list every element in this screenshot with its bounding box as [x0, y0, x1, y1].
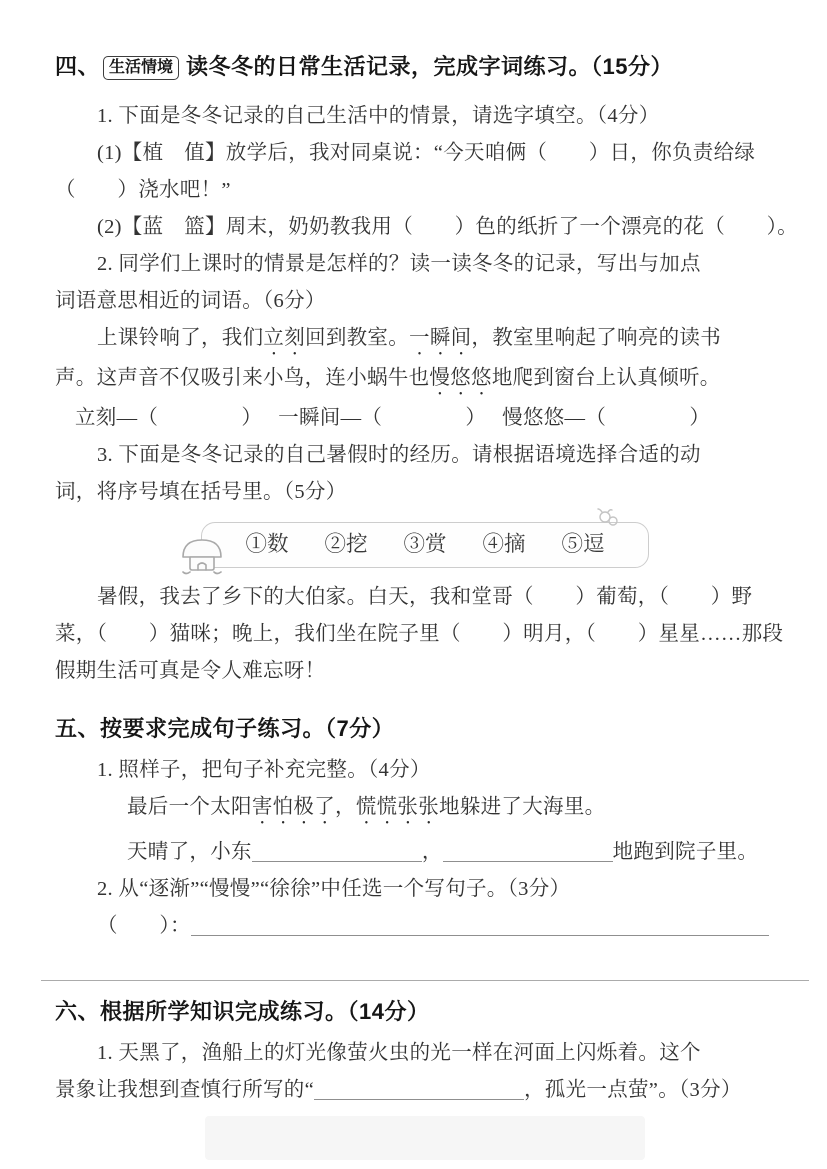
context-badge: 生活情境 [103, 56, 179, 80]
bug-doodle-icon [595, 507, 622, 530]
emphasized-word: 一瞬间 [409, 327, 471, 349]
word-bank-item: ④摘 [483, 529, 526, 560]
word-bank-item: ⑤逗 [562, 529, 605, 560]
section6-heading: 六、根据所学知识完成练习。（14分） [55, 995, 795, 1029]
q3-line1: 3. 下面是冬冬记录的自己暑假时的经历。请根据语境选择合适的动 [55, 437, 795, 474]
section4-title: 读冬冬的日常生活记录，完成字词练习。（15分） [186, 54, 673, 79]
s6-q1-line1: 1. 天黑了，渔船上的灯光像萤火虫的光一样在河面上闪烁着。这个 [55, 1035, 795, 1072]
q1-item1-line1: (1)【植 值】放学后，我对同桌说：“今天咱俩（ ）日，你负责给绿 [55, 135, 795, 172]
s5-example-sentence: 最后一个太阳害怕极了，慌慌张张地躲进了大海里。 [55, 789, 795, 829]
worksheet-page: 四、生活情境读冬冬的日常生活记录，完成字词练习。（15分） 1. 下面是冬冬记录… [0, 0, 827, 1169]
mushroom-icon [178, 534, 226, 576]
passage-text: 上课铃响了，我们 [97, 327, 263, 349]
q1-item1-line2: （ ）浇水吧！” [55, 172, 795, 209]
section5-heading: 五、按要求完成句子练习。（7分） [55, 712, 795, 746]
q2-passage-line2: 声。这声音不仅吸引来小鸟，连小蜗牛也慢悠悠地爬到窗台上认真倾听。 [55, 360, 795, 400]
passage-text: 回到教室。 [305, 327, 409, 349]
word-bank-box: ①数 ②挖 ③赏 ④摘 ⑤逗 [201, 522, 649, 568]
section4-heading: 四、生活情境读冬冬的日常生活记录，完成字词练习。（15分） [55, 50, 795, 84]
answer-blank [252, 841, 422, 862]
q2-synonym-answer-line: 立刻—（ ） 一瞬间—（ ） 慢悠悠—（ ） [55, 400, 795, 437]
q2-line2: 词语意思相近的词语。（6分） [55, 283, 795, 320]
answer-blank [314, 1079, 524, 1100]
worksheet-content: 四、生活情境读冬冬的日常生活记录，完成字词练习。（15分） 1. 下面是冬冬记录… [0, 0, 827, 1109]
answer-blank [191, 915, 769, 936]
passage-text: ，教室里响起了响亮的读书 [471, 327, 721, 349]
s6-q1-line2: 景象让我想到查慎行所写的“，孤光一点萤”。（3分） [55, 1072, 795, 1109]
fill-text: 地跑到院子里。 [613, 841, 759, 863]
q1-item2: (2)【蓝 篮】周末，奶奶教我用（ ）色的纸折了一个漂亮的花（ ）。 [55, 209, 795, 246]
q3-passage-line1: 暑假，我去了乡下的大伯家。白天，我和堂哥（ ）葡萄，（ ）野 [55, 579, 795, 616]
word-bank-item: ①数 [245, 529, 288, 560]
section4-number: 四、 [55, 54, 100, 79]
q3-passage-line2: 菜，（ ）猫咪；晚上，我们坐在院子里（ ）明月，（ ）星星……那段 [55, 616, 795, 653]
q1-text: ，孤光一点萤”。（3分） [524, 1079, 742, 1101]
section-divider [41, 980, 809, 981]
passage-text: 地爬到窗台上认真倾听。 [492, 367, 721, 389]
example-text: 地躲进了大海里。 [439, 796, 605, 818]
s5-q2-answer-line: （ ）： [55, 908, 795, 945]
fill-text: ， [422, 841, 443, 863]
fill-text: 天晴了，小东 [127, 841, 252, 863]
emphasized-word: 立刻 [263, 327, 305, 349]
q3-line2: 词，将序号填在括号里。（5分） [55, 474, 795, 511]
q1-text: 景象让我想到查慎行所写的“ [55, 1079, 314, 1101]
passage-text: 声。这声音不仅吸引来小鸟，连小蜗牛也 [55, 367, 429, 389]
s5-fill-sentence: 天晴了，小东，地跑到院子里。 [55, 834, 795, 871]
emphasized-word: 害怕极了 [252, 796, 335, 818]
emphasized-word: 慌慌张张 [356, 796, 439, 818]
word-bank-item: ③赏 [403, 529, 446, 560]
example-text: 最后一个太阳 [127, 796, 252, 818]
emphasized-word: 慢悠悠 [429, 367, 491, 389]
example-text: ， [335, 796, 356, 818]
q2-line1: 2. 同学们上课时的情景是怎样的？读一读冬冬的记录，写出与加点 [55, 246, 795, 283]
q2-passage-line1: 上课铃响了，我们立刻回到教室。一瞬间，教室里响起了响亮的读书 [55, 320, 795, 360]
answer-prefix: （ ）： [97, 915, 191, 937]
s5-q1-text: 1. 照样子，把句子补充完整。（4分） [55, 752, 795, 789]
page-bleed-band [205, 1116, 645, 1160]
word-bank-item: ②挖 [324, 529, 367, 560]
s5-q2-text: 2. 从“逐渐”“慢慢”“徐徐”中任选一个写句子。（3分） [55, 871, 795, 908]
q3-passage-line3: 假期生活可真是令人难忘呀！ [55, 653, 795, 690]
answer-blank [443, 841, 613, 862]
q1-text: 1. 下面是冬冬记录的自己生活中的情景，请选字填空。（4分） [55, 98, 795, 135]
